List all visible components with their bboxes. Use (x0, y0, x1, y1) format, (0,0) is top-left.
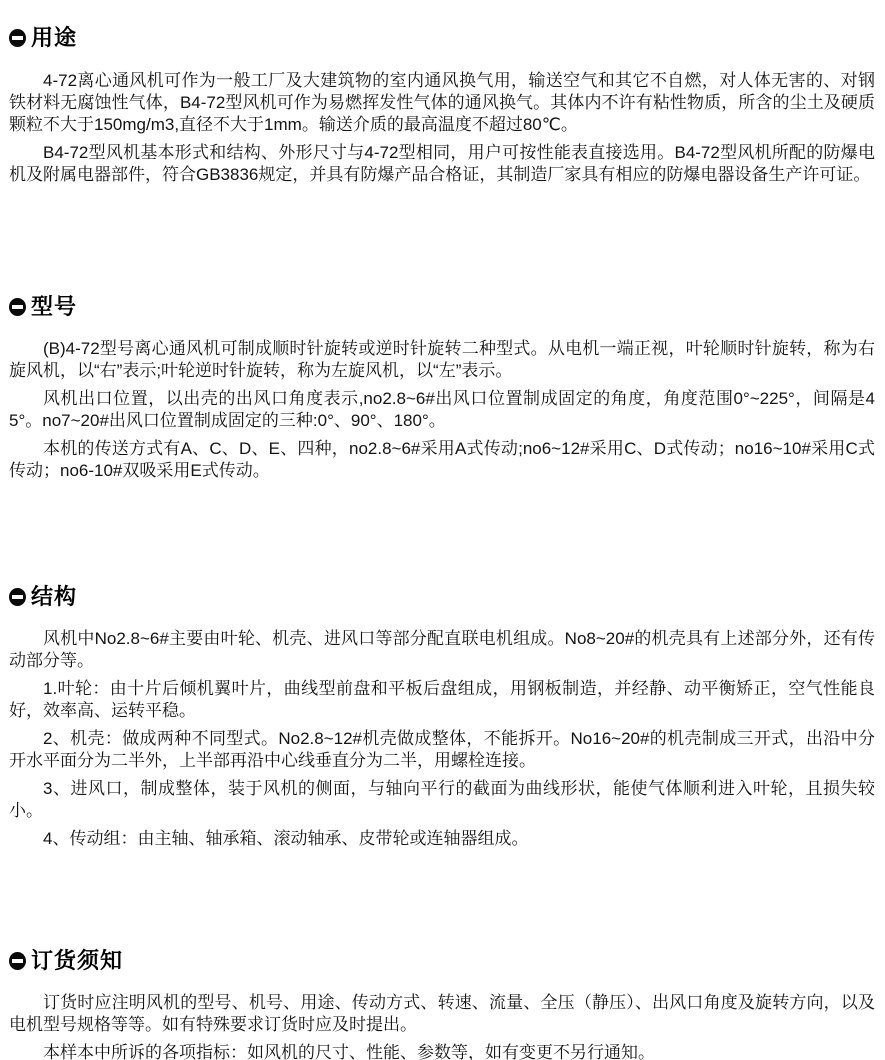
section-title: 结构 (31, 584, 77, 610)
paragraph: 风机出口位置，以出壳的出风口角度表示,no2.8~6#出风口位置制成固定的角度，… (9, 388, 875, 432)
section-heading-ordering-notes: 订货须知 (9, 948, 875, 974)
section-model: 型号 (B)4-72型号离心通风机可制成顺时针旋转或逆时针旋转二种型式。从电机一… (9, 294, 875, 482)
paragraph: 2、机壳：做成两种不同型式。No2.8~12#机壳做成整体，不能拆开。No16~… (9, 728, 875, 772)
section-ordering-notes: 订货须知 订货时应注明风机的型号、机号、用途、传动方式、转速、流量、全压（静压）… (9, 948, 875, 1060)
minus-circle-icon (9, 588, 26, 606)
paragraph: 本样本中所诉的各项指标：如风机的尺寸、性能、参数等，如有变更不另行通知。 (9, 1042, 875, 1060)
paragraph: 1.叶轮：由十片后倾机翼叶片，曲线型前盘和平板后盘组成，用钢板制造，并经静、动平… (9, 678, 875, 722)
section-body-usage: 4-72离心通风机可作为一般工厂及大建筑物的室内通风换气用，输送空气和其它不自燃… (9, 70, 875, 186)
paragraph: 本机的传送方式有A、C、D、E、四种，no2.8~6#采用A式传动;no6~12… (9, 438, 875, 482)
paragraph: 3、进风口，制成整体，装于风机的侧面，与轴向平行的截面为曲线形状，能使气体顺利进… (9, 778, 875, 822)
paragraph: B4-72型风机基本形式和结构、外形尺寸与4-72型相同，用户可按性能表直接选用… (9, 142, 875, 186)
paragraph: 4、传动组：由主轴、轴承箱、滚动轴承、皮带轮或连轴器组成。 (9, 828, 875, 850)
paragraph: (B)4-72型号离心通风机可制成顺时针旋转或逆时针旋转二种型式。从电机一端正视… (9, 338, 875, 382)
section-heading-structure: 结构 (9, 584, 875, 610)
section-body-model: (B)4-72型号离心通风机可制成顺时针旋转或逆时针旋转二种型式。从电机一端正视… (9, 338, 875, 482)
section-usage: 用途 4-72离心通风机可作为一般工厂及大建筑物的室内通风换气用，输送空气和其它… (9, 25, 875, 185)
paragraph: 4-72离心通风机可作为一般工厂及大建筑物的室内通风换气用，输送空气和其它不自燃… (9, 70, 875, 136)
section-title: 订货须知 (31, 948, 123, 974)
minus-circle-icon (9, 29, 26, 47)
section-heading-usage: 用途 (9, 25, 875, 51)
paragraph: 订货时应注明风机的型号、机号、用途、传动方式、转速、流量、全压（静压）、出风口角… (9, 992, 875, 1036)
section-heading-model: 型号 (9, 294, 875, 320)
paragraph: 风机中No2.8~6#主要由叶轮、机壳、进风口等部分配直联电机组成。No8~20… (9, 628, 875, 672)
minus-circle-icon (9, 952, 26, 970)
section-structure: 结构 风机中No2.8~6#主要由叶轮、机壳、进风口等部分配直联电机组成。No8… (9, 584, 875, 850)
document-page: 用途 4-72离心通风机可作为一般工厂及大建筑物的室内通风换气用，输送空气和其它… (0, 0, 885, 1060)
minus-circle-icon (9, 298, 26, 316)
section-title: 型号 (31, 294, 77, 320)
section-body-ordering-notes: 订货时应注明风机的型号、机号、用途、传动方式、转速、流量、全压（静压）、出风口角… (9, 992, 875, 1060)
section-title: 用途 (31, 25, 77, 51)
section-body-structure: 风机中No2.8~6#主要由叶轮、机壳、进风口等部分配直联电机组成。No8~20… (9, 628, 875, 850)
